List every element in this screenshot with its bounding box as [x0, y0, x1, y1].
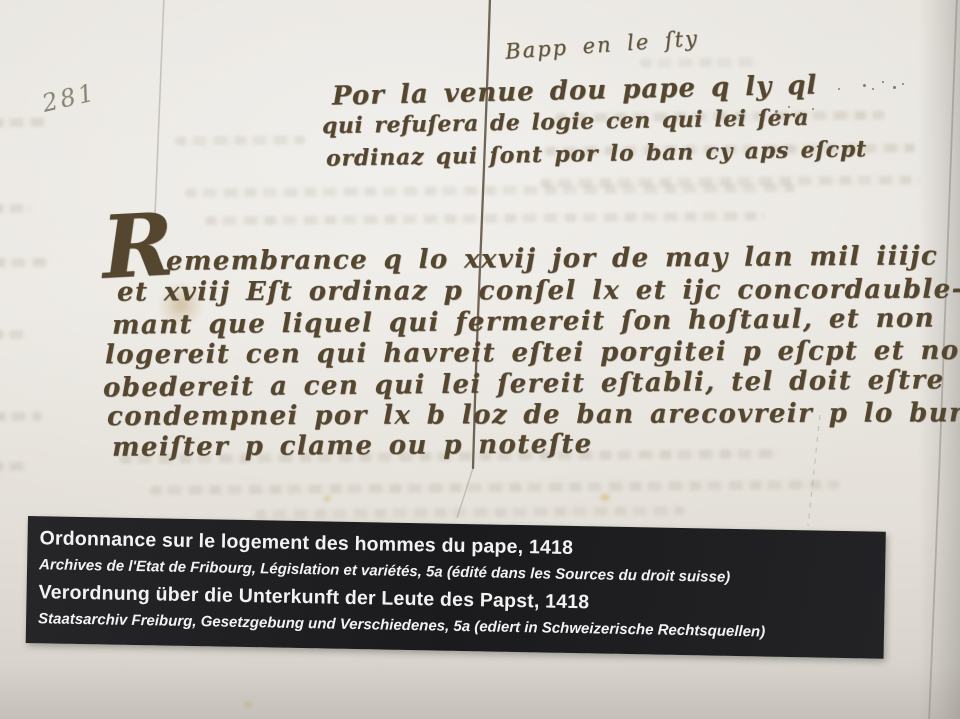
- body-line: emembrance q lo xxvij jor de may lan mil…: [166, 241, 938, 276]
- body-line: logereit cen qui havreit eſtei porgitei …: [105, 336, 960, 370]
- right-crease: [808, 415, 820, 526]
- manuscript-photo: 281 Bapp en le ſty Por la venue dou pape…: [0, 0, 960, 719]
- caption-label: Ordonnance sur le logement des hommes du…: [26, 516, 886, 659]
- bottom-shadow: [0, 663, 960, 719]
- fold-line-faint: [457, 468, 473, 518]
- body-line: condempnei por lx b loz de ban arecovrei…: [107, 398, 960, 432]
- body-line: meiſter p clame ou p noteſte: [112, 429, 593, 462]
- body-line: et xviij Eſt ordinaz p conſel lx et ijc …: [117, 275, 960, 308]
